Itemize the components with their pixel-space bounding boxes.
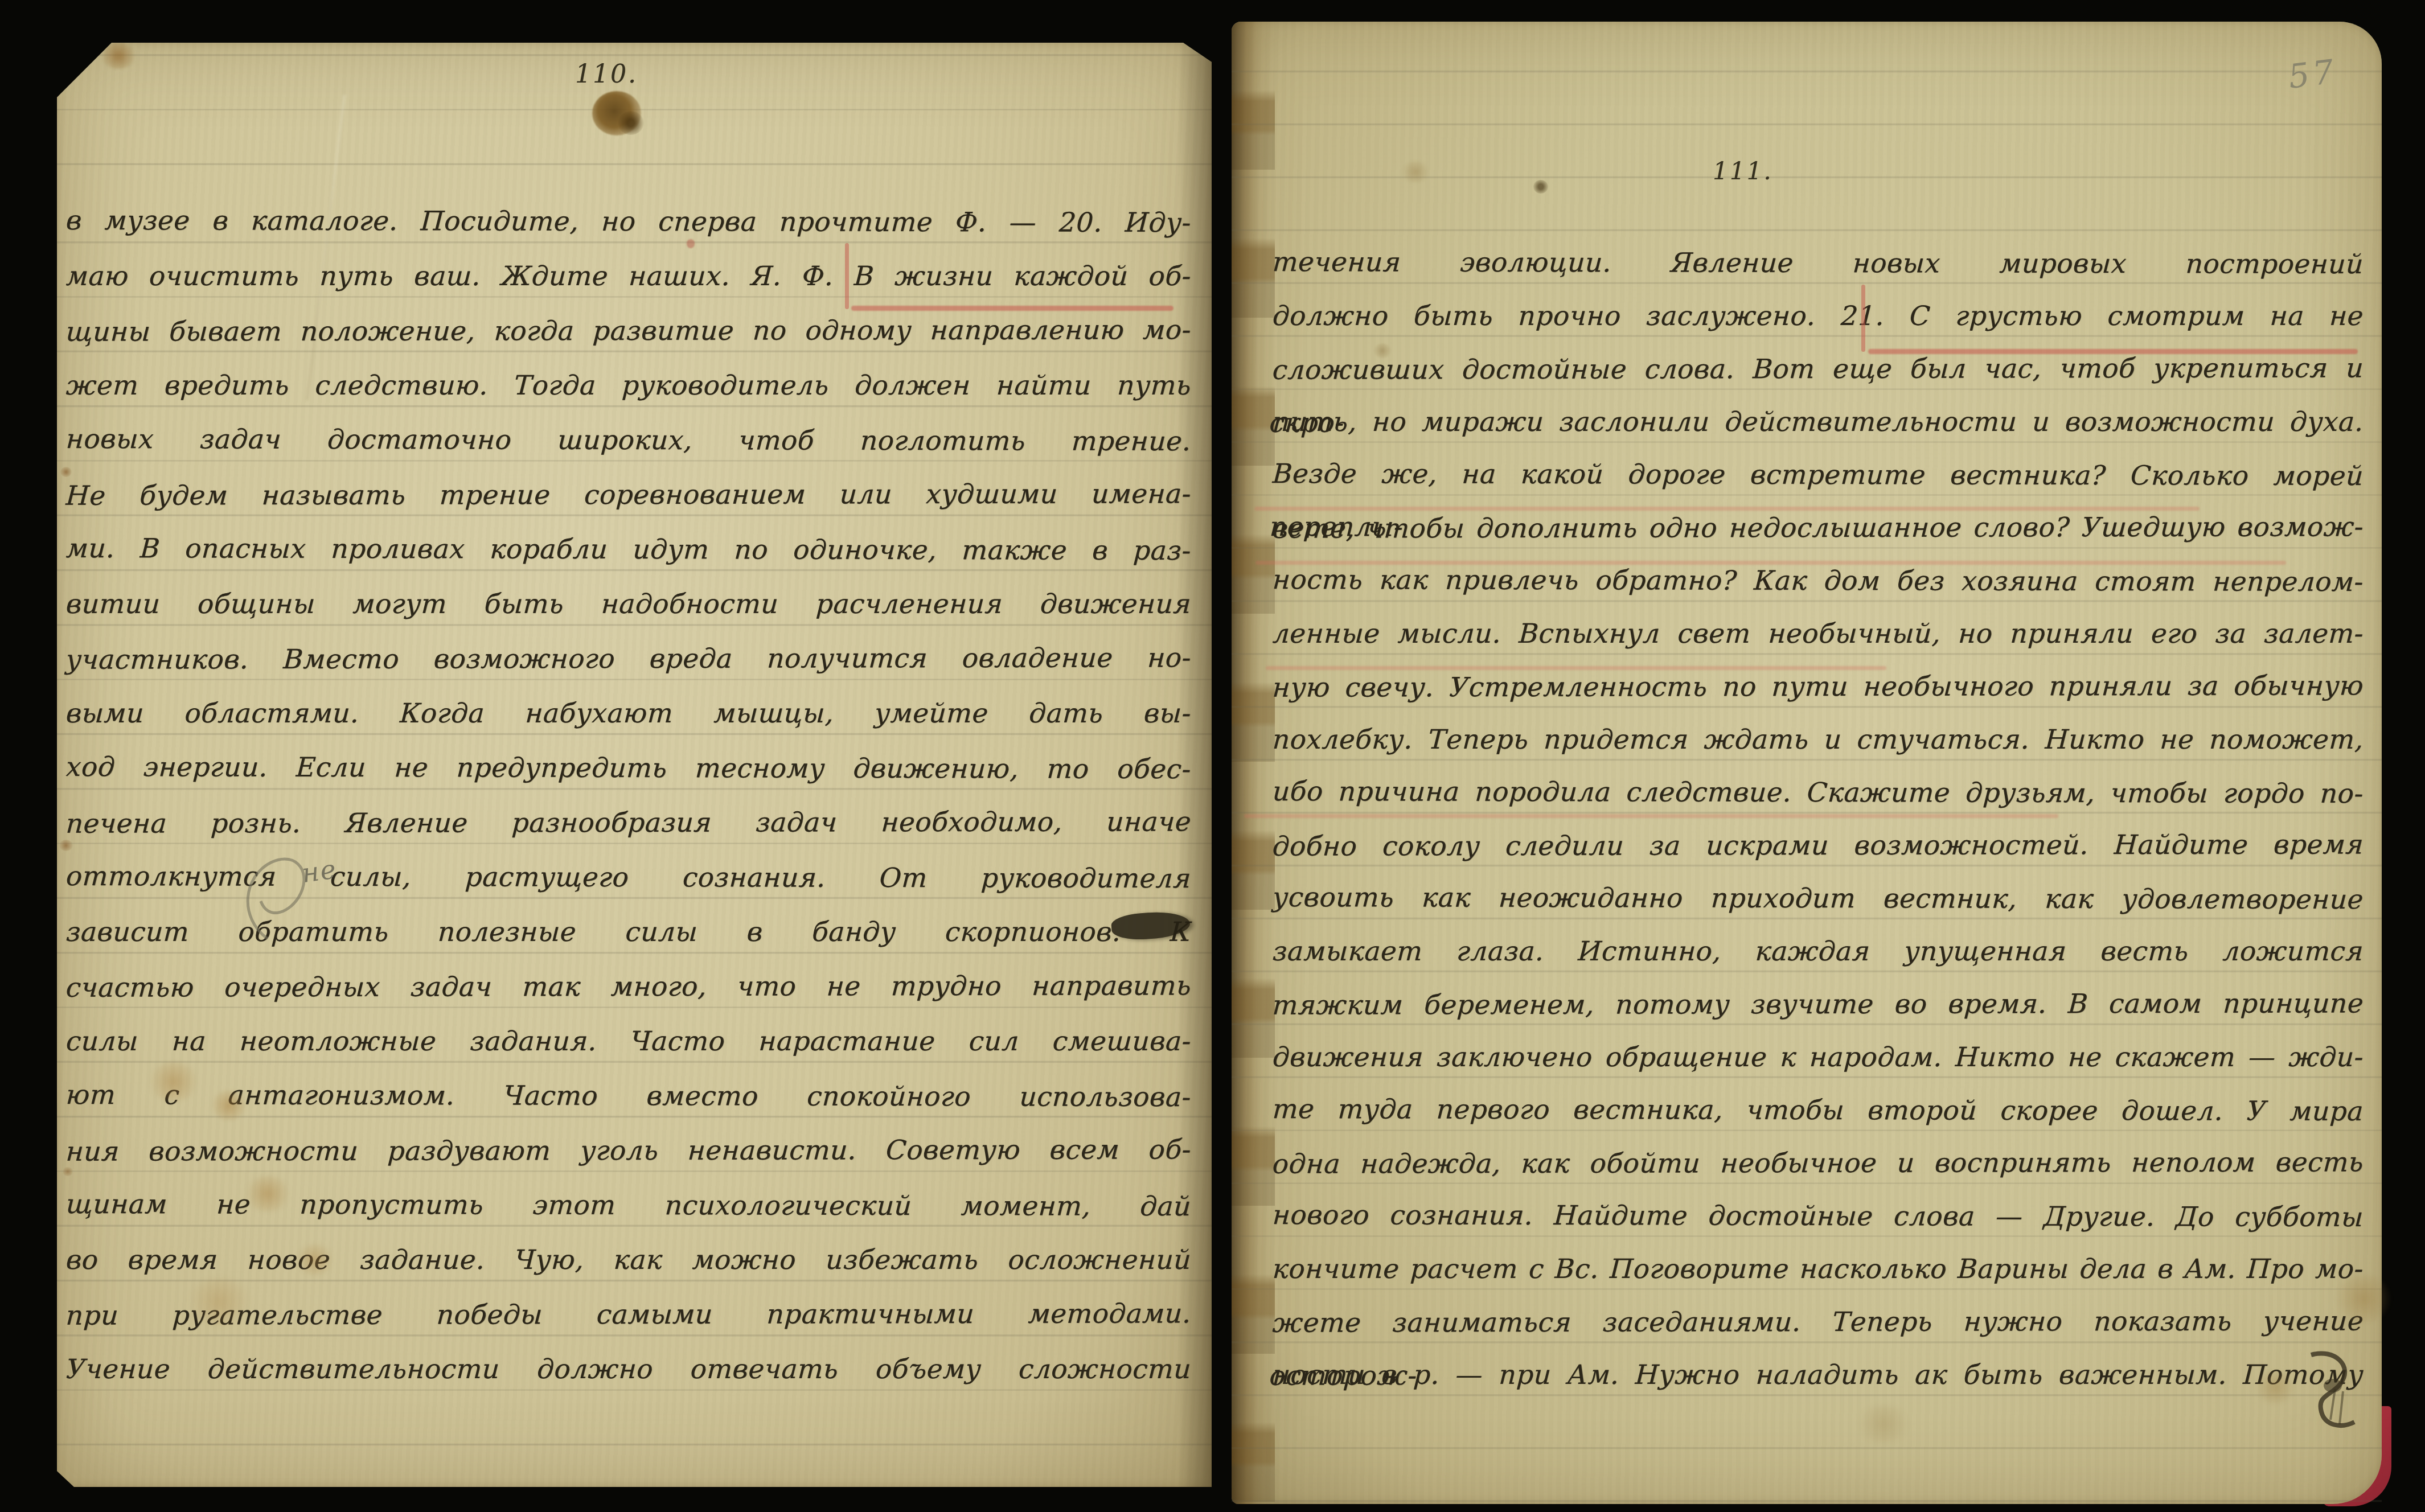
red-bracket-mark xyxy=(1861,285,1865,352)
handwritten-line: ленные мысли. Вспыхнул свет необычный, н… xyxy=(1271,607,2365,660)
handwritten-line: ности в р. — при Ам. Нужно наладить ак б… xyxy=(1271,1349,2365,1402)
handwritten-line: Учение действительности должно отвечать … xyxy=(64,1342,1192,1397)
faded-red-underline xyxy=(1255,561,2286,565)
handwritten-line: Не будем называть трение соревнованием и… xyxy=(64,467,1193,523)
ink-flourish xyxy=(2297,1348,2370,1445)
handwritten-line: усвоить как неожиданно приходит вестник,… xyxy=(1271,871,2365,926)
handwritten-line: движения заключено обращение к народам. … xyxy=(1271,1031,2365,1084)
handwritten-line: замыкает глаза. Истинно, каждая упущенна… xyxy=(1271,925,2365,978)
handwritten-line: в музее в каталоге. Посидите, но сперва … xyxy=(64,194,1192,250)
handwritten-line: щины бывает положение, когда развитие по… xyxy=(64,303,1193,359)
handwritten-line: те туда первого вестника, чтобы второй с… xyxy=(1271,1083,2365,1138)
handwritten-line: маю очистить путь ваш. Ждите наших. Я. Ф… xyxy=(64,249,1192,304)
stain xyxy=(592,91,641,135)
handwritten-line: нового сознания. Найдите достойные слова… xyxy=(1271,1189,2365,1244)
handwritten-line: силы на неотложные задания. Часто нараст… xyxy=(64,1014,1192,1069)
handwriting-block: в музее в каталоге. Посидите, но сперва … xyxy=(66,195,1191,1397)
handwritten-line: добно соколу следили за искрами возможно… xyxy=(1271,818,2365,873)
handwritten-line: витии общины могут быть надобности расчл… xyxy=(64,577,1192,632)
stain xyxy=(1533,180,1548,194)
pencil-insertion: не xyxy=(300,853,339,889)
handwritten-line: Везде же, на какой дороге встретите вест… xyxy=(1271,447,2365,503)
stain xyxy=(101,43,136,69)
handwritten-line: ибо причина породила следствие. Скажите … xyxy=(1271,765,2365,820)
red-underline-mark xyxy=(1868,349,2358,354)
handwritten-line: ход энергии. Если не предупредить тесном… xyxy=(64,740,1192,797)
handwritten-line: ния возможности раздувают уголь ненавист… xyxy=(64,1123,1193,1179)
page-number: 110. xyxy=(575,60,638,89)
handwritten-line: должно быть прочно заслужено. 21. С грус… xyxy=(1271,290,2365,343)
handwritten-line: ми. В опасных проливах корабли идут по о… xyxy=(64,521,1192,578)
pencil-caret-loop xyxy=(228,839,330,947)
handwriting-block: течения эволюции. Явление новых мировых … xyxy=(1273,237,2364,1402)
manuscript-spread: 110. в музее в каталоге. Посидите, но сп… xyxy=(0,0,2425,1512)
red-bracket-mark xyxy=(845,243,849,309)
handwritten-line: щинам не пропустить этот психологический… xyxy=(64,1177,1192,1234)
pencil-folio-number: 57 xyxy=(2286,52,2339,96)
handwritten-line: участников. Вместо возможного вреда полу… xyxy=(64,631,1193,687)
handwritten-line: во время новое задание. Чую, как можно и… xyxy=(64,1233,1192,1288)
handwritten-line: новых задач достаточно широких, чтоб пог… xyxy=(64,412,1192,469)
handwritten-line: при ругательстве победы самыми практичны… xyxy=(64,1287,1193,1343)
handwritten-line: жет вредить следствию. Тогда руководител… xyxy=(64,359,1192,413)
handwritten-line: жете заниматься заседаниями. Теперь нужн… xyxy=(1271,1295,2365,1349)
red-underline-mark xyxy=(851,306,1173,311)
faded-red-underline xyxy=(1254,507,2200,511)
handwritten-line: тяжким беременем, потому звучите во врем… xyxy=(1271,977,2365,1032)
faded-red-underline xyxy=(1266,666,1886,670)
page-number: 111. xyxy=(1713,157,1773,185)
page-left: 110. в музее в каталоге. Посидите, но сп… xyxy=(57,43,1212,1487)
handwritten-line: похлебку. Теперь придется ждать и стучат… xyxy=(1271,713,2365,766)
handwritten-line: ют с антагонизмом. Часто вместо спокойно… xyxy=(64,1068,1192,1125)
stain xyxy=(618,111,644,135)
stain xyxy=(1402,161,1429,183)
handwritten-line: кончите расчет с Вс. Поговорите наскольк… xyxy=(1271,1243,2365,1296)
page-right: 111. 57 течения эволюции. Явление новых … xyxy=(1232,22,2382,1504)
handwritten-line: выми областями. Когда набухают мышцы, ум… xyxy=(64,687,1192,741)
handwritten-line: одна надежда, как обойти необычное и вос… xyxy=(1271,1136,2365,1190)
red-ink-speck xyxy=(687,239,695,248)
handwritten-line: пить, но миражи заслонили действительнос… xyxy=(1271,396,2365,449)
handwritten-line: счастью очередных задач так много, что н… xyxy=(64,959,1193,1015)
stain xyxy=(1858,1405,1909,1443)
handwritten-line: течения эволюции. Явление новых мировых … xyxy=(1271,236,2365,291)
faded-red-underline xyxy=(1244,814,2058,818)
